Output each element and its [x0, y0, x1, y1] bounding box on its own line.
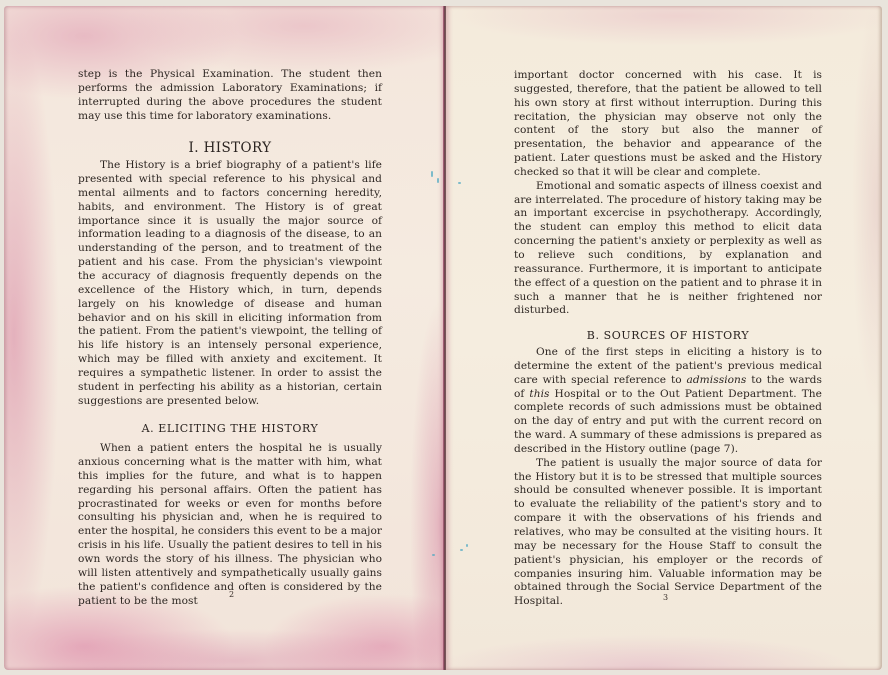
right-page: important doctor concerned with his case…: [446, 6, 882, 670]
subsection-heading-sources: B. SOURCES OF HISTORY: [514, 329, 822, 343]
ink-fleck: [466, 544, 468, 547]
left-page: step is the Physical Examination. The st…: [4, 6, 445, 670]
ink-fleck: [432, 554, 435, 556]
ink-fleck: [431, 171, 433, 177]
ink-fleck: [460, 549, 463, 551]
eliciting-paragraph: When a patient enters the hospital he is…: [78, 442, 382, 608]
sources-paragraph-1: One of the first steps in eliciting a hi…: [514, 346, 822, 457]
right-page-text: important doctor concerned with his case…: [514, 69, 822, 609]
page-number-left: 2: [229, 590, 234, 599]
italic-this: this: [529, 388, 549, 400]
emotional-aspects-paragraph: Emotional and somatic aspects of illness…: [514, 180, 822, 318]
scanned-booklet: step is the Physical Examination. The st…: [0, 0, 888, 675]
ink-fleck: [458, 182, 461, 184]
page-number-right: 3: [663, 593, 668, 602]
italic-admissions: admissions: [686, 374, 746, 386]
continuation-paragraph: important doctor concerned with his case…: [514, 69, 822, 180]
text-span: Hospital or to the Out Patient Departmen…: [514, 388, 822, 455]
ink-fleck: [437, 178, 439, 183]
section-heading-history: I. HISTORY: [78, 142, 382, 156]
intro-paragraph: step is the Physical Examination. The st…: [78, 68, 382, 123]
left-page-text: step is the Physical Examination. The st…: [78, 68, 382, 608]
history-paragraph: The History is a brief biography of a pa…: [78, 159, 382, 408]
sources-paragraph-2: The patient is usually the major source …: [514, 457, 822, 609]
subsection-heading-eliciting: A. ELICITING THE HISTORY: [78, 422, 382, 436]
